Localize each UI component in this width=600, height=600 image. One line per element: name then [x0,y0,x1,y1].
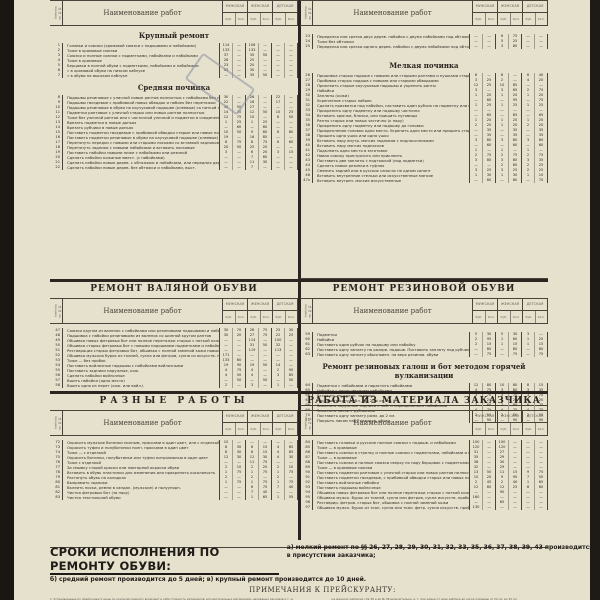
footer: СРОКИ ИСПОЛНЕНИЯ ПО РЕМОНТУ ОБУВИ: а) ме… [50,542,595,600]
price-cell: — [496,178,509,183]
price-cell: 2 [220,383,233,388]
table-row: 7» в обуви на высоком каблуке——3550—— [50,73,298,78]
price-cell: 3 [246,383,259,388]
table-row: 22Сделать набойки новые дерев. без обтяж… [50,165,298,170]
table-row: 47xВставить внутрен. мягкие искусственны… [300,178,548,183]
price-cell: — [509,505,522,510]
row-number: 63 [300,352,312,357]
col-women: ЖЕНСКАЯРуб.Коп. [248,1,273,25]
price-cell: — [272,73,285,78]
table-body: Крупный ремонт 1Головки и союзки (хромов… [50,26,298,280]
table-major-medium: №№ по порядку Наименование работ МУЖСКАЯ… [50,0,298,280]
price-cell: — [233,165,246,170]
price-cell: — [259,383,272,388]
table-header: №№ по порядку Наименование работ МУЖСКАЯ… [50,410,298,436]
row-number: 22 [50,165,62,170]
row-number: 7 [50,73,62,78]
col-name-header: Наименование работ [63,1,223,25]
table-header: №№ по порядку Наименование работ МУЖСКАЯ… [50,298,298,324]
deadlines-title: СРОКИ ИСПОЛНЕНИЯ ПО РЕМОНТУ ОБУВИ: [50,542,279,575]
price-cell: — [220,495,233,500]
price-cell: 130 [470,505,483,510]
notes-title: ПРИМЕЧАНИЯ К ПРЕЙСКУРАНТУ: [50,586,595,594]
table-row: 83Чистка текстильной обуви——165155 [50,495,298,500]
table-header: №№ по порядку Наименование работ МУЖСКАЯ… [50,0,298,26]
row-number: 83 [50,495,62,500]
row-number: 97 [300,505,312,510]
table-rubber-boots: РЕМОНТ РЕЗИНОВОЙ ОБУВИ №№ по порядку Наи… [300,279,548,406]
price-cell: — [285,383,298,388]
price-cell: 75 [535,352,548,357]
row-description: Сделать набойки новые дерев. без обтяжки… [62,165,220,170]
price-cell: — [522,178,535,183]
rows-medium: 8Подошвы резиновые с уличной новые ранто… [50,95,298,170]
row-description: Обшивка мужск. бурок из ткан. сукна или … [312,505,470,510]
table-body: 23Переделка или срезка двух дерев. набой… [300,26,548,279]
price-cell: — [496,352,509,357]
scan-edge-right [590,0,600,600]
price-cell: 1 [246,495,259,500]
col-men: МУЖСКАЯРуб.Коп. [223,1,248,25]
deadline-b: б) средний ремонт производится до 5 дней… [50,575,595,584]
price-cell: 55 [285,495,298,500]
price-cell: — [220,165,233,170]
rows-continued: 23Переделка или срезка двух дерев. набой… [300,34,548,49]
price-cell: 70 [535,178,548,183]
deadline-a: а) мелкий ремонт по §§ 26, 27, 28, 29, 3… [287,542,595,560]
price-cell: 1 [272,495,285,500]
table-header: №№ по порядку Наименование работ МУЖСКАЯ… [300,298,548,324]
deadlines: СРОКИ ИСПОЛНЕНИЯ ПО РЕМОНТУ ОБУВИ: а) ме… [50,542,595,575]
price-cell: — [470,178,483,183]
price-cell: 80 [509,44,522,49]
rows-rubber: 59Подметки5305303—60Набойки29516012561По… [300,332,548,357]
table-row: 25Переделка или срезка одного дерев. наб… [300,44,548,49]
price-cell: — [285,165,298,170]
rows-major: 1Головки и союзки (хромовой союзки с под… [50,43,298,78]
price-cell: 75 [483,352,496,357]
rows-minor: 26Пришивка старых подошв с новыми или ст… [300,73,548,183]
row-description: Поставить одну заплату обычновен. на вер… [312,352,470,357]
row-number: 47x [300,178,312,183]
table-row: 63Поставить одну заплату обычновен. на в… [300,352,548,357]
row-number: 58 [50,383,62,388]
section-title: РАБОТА ИЗ МАТЕРИАЛА ЗАКАЗЧИКА [300,391,548,410]
price-cell: — [522,505,535,510]
price-cell: 75 [509,352,522,357]
rows-customer: 84Поставить головки и русские полные сою… [300,440,548,510]
row-number: 25 [300,44,312,49]
price-cell: — [233,495,246,500]
price-cell: — [470,352,483,357]
price-cell: — [483,505,496,510]
table-header: №№ по порядку Наименование работ МУЖСКАЯ… [300,0,548,26]
price-cell: 80 [509,178,522,183]
price-cell: 3 [496,44,509,49]
price-cell: 80 [483,178,496,183]
price-cell: — [496,505,509,510]
subsection-title: Ремонт резиновых галош и бот методом гор… [300,357,548,383]
price-cell: — [285,73,298,78]
section-title: РЕМОНТ РЕЗИНОВОЙ ОБУВИ [300,279,548,298]
table-body: 72Окрасить мужские ботинки полным, пряск… [50,436,298,548]
price-cell: — [522,352,535,357]
section-title: РАЗНЫЕ РАБОТЫ [50,391,298,410]
table-row: 97Обшивка мужск. бурок из ткан. сукна ил… [300,505,548,510]
col-num-header: №№ по порядку [50,1,63,25]
price-cell: — [483,44,496,49]
table-body: 84Поставить головки и русские полные сою… [300,436,548,548]
row-description: Вставить внутрен. мягкие искусственные [312,178,470,183]
table-header: №№ по порядку Наименование работ МУЖСКАЯ… [300,410,548,436]
price-cell: 7 [246,165,259,170]
price-cell: — [470,44,483,49]
table-minor: №№ по порядку Наименование работ МУЖСКАЯ… [300,0,548,279]
price-cell: — [259,165,272,170]
price-cell: 1 [272,383,285,388]
rows-misc: 72Окрасить мужские ботинки полным, пряск… [50,440,298,500]
section-title: РЕМОНТ ВАЛЯНОЙ ОБУВИ [50,279,298,298]
row-description: Вшить одно из перет (кож. или войл.) [62,383,220,388]
table-row: 58Вшить одно из перет (кож. или войл.)2—… [50,383,298,388]
subsection-title: Крупный ремонт [50,26,298,43]
rows-felt: 47Союзки кругом из валенок с набойками и… [50,328,298,388]
price-cell: — [535,505,548,510]
price-cell: — [522,44,535,49]
price-cell: — [535,44,548,49]
price-cell: 65 [259,495,272,500]
table-customer-material: РАБОТА ИЗ МАТЕРИАЛА ЗАКАЗЧИКА №№ по поря… [300,391,548,548]
table-misc: РАЗНЫЕ РАБОТЫ №№ по порядку Наименование… [50,391,298,548]
price-cell: 35 [246,73,259,78]
row-description: Чистка текстильной обуви [62,495,220,500]
price-cell: 50 [259,73,272,78]
col-kids: ДЕТСКАЯРуб.Коп. [273,1,298,25]
subsection-title: Средняя починка [50,78,298,95]
price-cell: — [233,383,246,388]
price-cell: — [272,165,285,170]
row-description: Переделка или срезка одного дерев. набой… [312,44,470,49]
subsection-title: Мелкая починка [300,49,548,73]
